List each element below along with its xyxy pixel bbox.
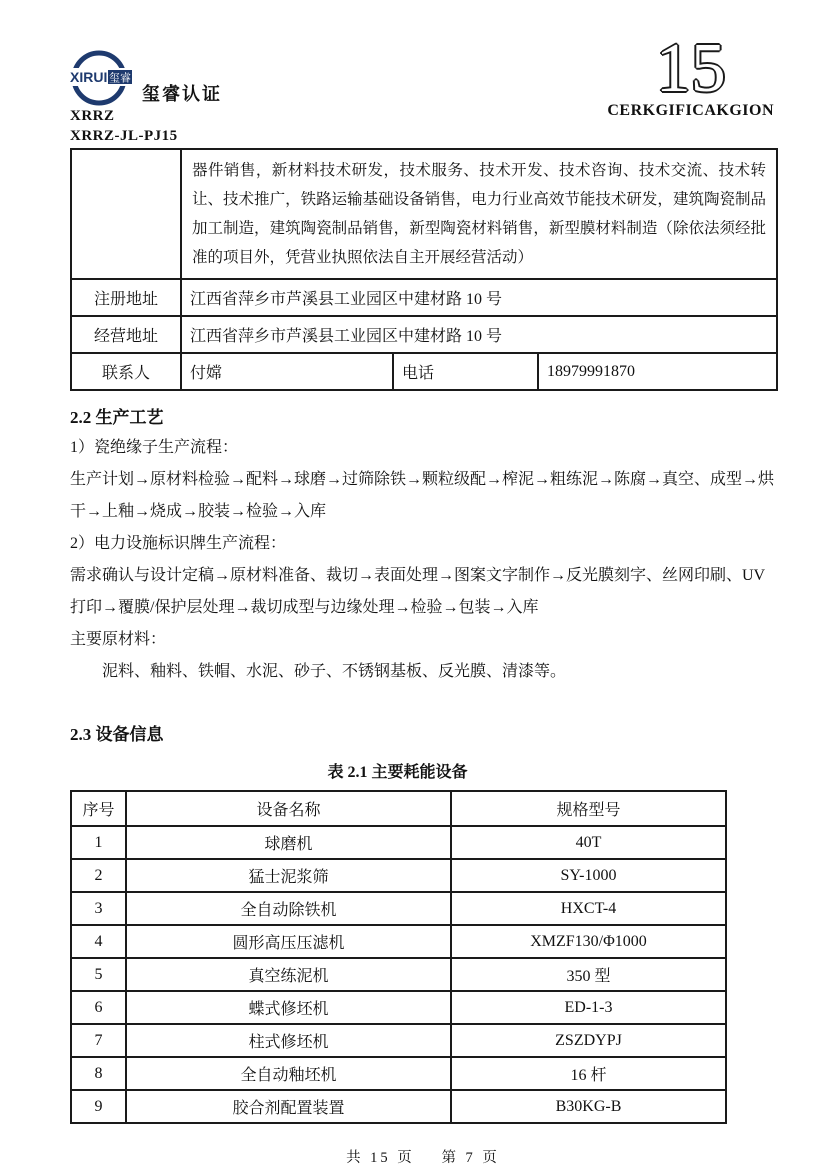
equip-name: 蝶式修坯机 <box>126 991 451 1024</box>
total-pages: 共 15 页 <box>346 1150 415 1166</box>
equip-no: 6 <box>71 991 126 1024</box>
table-row: 5 真空练泥机 350 型 <box>71 958 726 991</box>
table-header-row: 序号 设备名称 规格型号 <box>71 791 726 826</box>
form-number: 15 <box>607 38 774 100</box>
page-header: XIRUI 玺睿 玺睿认证 XRRZ XRRZ-JL-PJ15 15 CERKG… <box>70 0 776 148</box>
equip-no: 9 <box>71 1090 126 1123</box>
company-info-table: 器件销售，新材料技术研发，技术服务、技术开发、技术咨询、技术交流、技术转让、技术… <box>70 148 778 391</box>
equip-model: XMZF130/Φ1000 <box>451 925 726 958</box>
header-right: 15 CERKGIFICAKGION <box>607 38 774 120</box>
logo-cn-text: 玺睿 <box>109 71 131 85</box>
scope-label-cell <box>71 149 181 279</box>
equip-no: 4 <box>71 925 126 958</box>
col-header-no: 序号 <box>71 791 126 826</box>
col-header-model: 规格型号 <box>451 791 726 826</box>
business-address-label: 经营地址 <box>71 316 181 353</box>
flow1-label: 1）瓷绝缘子生产流程： <box>70 432 776 464</box>
brand-name: 玺睿认证 <box>142 80 222 106</box>
table-row: 经营地址 江西省萍乡市芦溪县工业园区中建材路 10 号 <box>71 316 777 353</box>
phone-label: 电话 <box>393 353 538 390</box>
equip-no: 7 <box>71 1024 126 1057</box>
equip-model: ED-1-3 <box>451 991 726 1024</box>
flow1-text: 生产计划→原材料检验→配料→球磨→过筛除铁→颗粒级配→榨泥→粗练泥→陈腐→真空、… <box>70 464 776 528</box>
current-page: 第 7 页 <box>441 1150 500 1166</box>
document-page: XIRUI 玺睿 玺睿认证 XRRZ XRRZ-JL-PJ15 15 CERKG… <box>0 0 827 1169</box>
equip-model: SY-1000 <box>451 859 726 892</box>
materials-text: 泥料、釉料、铁帽、水泥、砂子、不锈钢基板、反光膜、清漆等。 <box>70 656 776 688</box>
contact-name: 付嫦 <box>181 353 393 390</box>
table-row: 8 全自动釉坯机 16 杆 <box>71 1057 726 1090</box>
table-row: 1 球磨机 40T <box>71 826 726 859</box>
equipment-table: 序号 设备名称 规格型号 1 球磨机 40T 2 猛士泥浆筛 SY-1000 3… <box>70 790 727 1124</box>
equip-name: 猛士泥浆筛 <box>126 859 451 892</box>
table-row: 9 胶合剂配置装置 B30KG-B <box>71 1090 726 1123</box>
section-2-2-heading: 2.2 生产工艺 <box>70 403 776 428</box>
equip-name: 圆形高压压滤机 <box>126 925 451 958</box>
materials-label: 主要原材料： <box>70 624 776 656</box>
certification-word: CERKGIFICAKGION <box>607 102 774 120</box>
equip-model: 350 型 <box>451 958 726 991</box>
business-scope-text: 器件销售，新材料技术研发，技术服务、技术开发、技术咨询、技术交流、技术转让、技术… <box>181 149 777 279</box>
table-row: 7 柱式修坯机 ZSZDYPJ <box>71 1024 726 1057</box>
equip-name: 球磨机 <box>126 826 451 859</box>
equip-name: 柱式修坯机 <box>126 1024 451 1057</box>
phone-number: 18979991870 <box>538 353 777 390</box>
contact-label: 联系人 <box>71 353 181 390</box>
xirui-globe-logo-icon: XIRUI 玺睿 <box>70 50 132 106</box>
equip-name: 全自动釉坯机 <box>126 1057 451 1090</box>
equip-no: 8 <box>71 1057 126 1090</box>
logo-latin-text: XIRUI <box>70 69 107 85</box>
table-row: 3 全自动除铁机 HXCT-4 <box>71 892 726 925</box>
equip-model: 16 杆 <box>451 1057 726 1090</box>
equip-no: 5 <box>71 958 126 991</box>
equip-name: 胶合剂配置装置 <box>126 1090 451 1123</box>
table-row: 注册地址 江西省萍乡市芦溪县工业园区中建材路 10 号 <box>71 279 777 316</box>
equip-model: 40T <box>451 826 726 859</box>
table-row: 2 猛士泥浆筛 SY-1000 <box>71 859 726 892</box>
equip-model: B30KG-B <box>451 1090 726 1123</box>
registered-address-value: 江西省萍乡市芦溪县工业园区中建材路 10 号 <box>181 279 777 316</box>
table-row: 联系人 付嫦 电话 18979991870 <box>71 353 777 390</box>
flow2-text: 需求确认与设计定稿→原材料准备、裁切→表面处理→图案文字制作→反光膜刻字、丝网印… <box>70 560 776 624</box>
page-footer: 共 15 页 第 7 页 <box>70 1146 776 1167</box>
registered-address-label: 注册地址 <box>71 279 181 316</box>
equipment-table-caption: 表 2.1 主要耗能设备 <box>70 759 725 782</box>
equip-no: 2 <box>71 859 126 892</box>
section-2-3-heading: 2.3 设备信息 <box>70 720 776 745</box>
equip-model: HXCT-4 <box>451 892 726 925</box>
equip-name: 真空练泥机 <box>126 958 451 991</box>
equip-no: 1 <box>71 826 126 859</box>
table-row: 器件销售，新材料技术研发，技术服务、技术开发、技术咨询、技术交流、技术转让、技术… <box>71 149 777 279</box>
table-row: 6 蝶式修坯机 ED-1-3 <box>71 991 726 1024</box>
page-content: XIRUI 玺睿 玺睿认证 XRRZ XRRZ-JL-PJ15 15 CERKG… <box>70 0 776 1167</box>
business-address-value: 江西省萍乡市芦溪县工业园区中建材路 10 号 <box>181 316 777 353</box>
table-row: 4 圆形高压压滤机 XMZF130/Φ1000 <box>71 925 726 958</box>
col-header-name: 设备名称 <box>126 791 451 826</box>
flow2-label: 2）电力设施标识牌生产流程： <box>70 528 776 560</box>
equip-no: 3 <box>71 892 126 925</box>
doc-code: XRRZ-JL-PJ15 <box>70 126 776 146</box>
equip-name: 全自动除铁机 <box>126 892 451 925</box>
equip-model: ZSZDYPJ <box>451 1024 726 1057</box>
